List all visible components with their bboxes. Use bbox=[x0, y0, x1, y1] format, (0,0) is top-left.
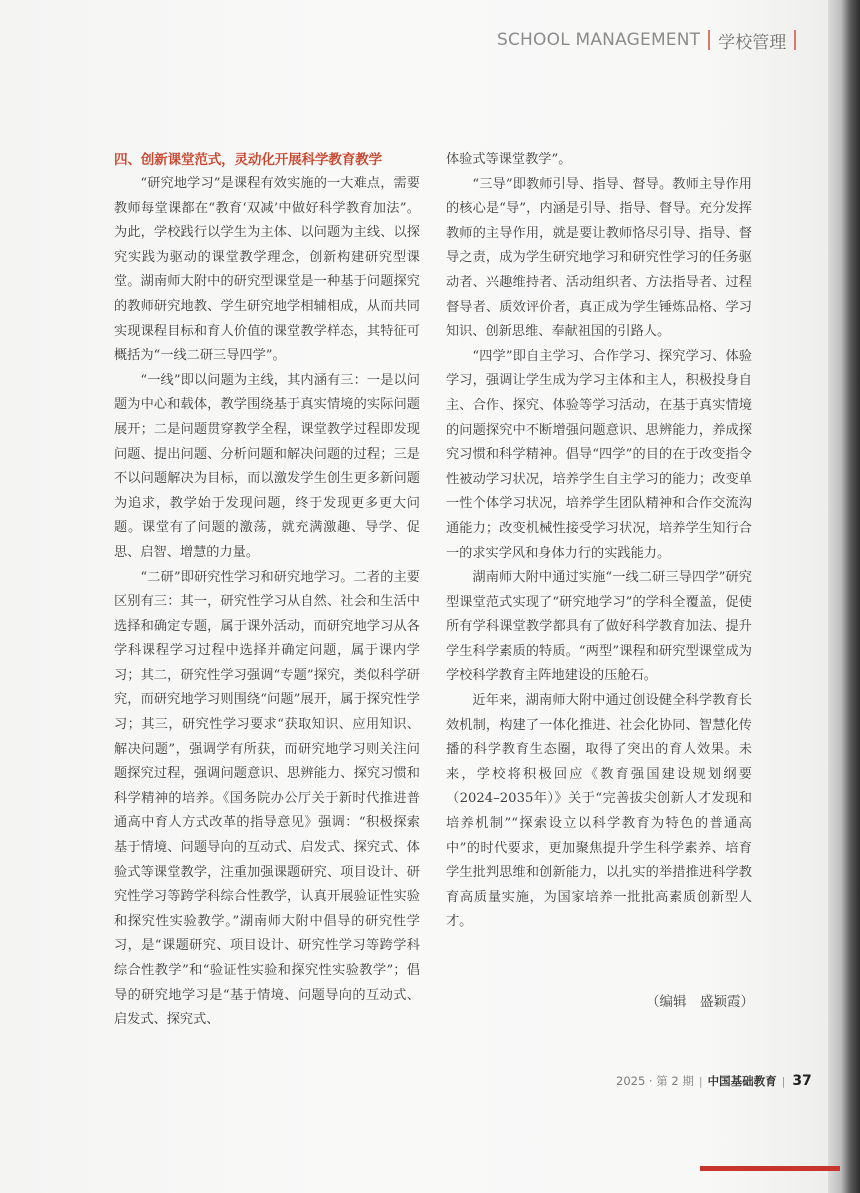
footer-divider: | bbox=[782, 1075, 786, 1088]
page-edge-red-stripe bbox=[700, 1166, 840, 1171]
section-heading: 四、创新课堂范式，灵动化开展科学教育教学 bbox=[114, 148, 420, 172]
paragraph: “四学”即自主学习、合作学习、探究学习、体验学习，强调让学生成为学习主体和主人，… bbox=[446, 345, 752, 566]
page-footer: 2025 · 第 2 期 | 中国基础教育 | 37 bbox=[616, 1073, 812, 1089]
running-header: SCHOOL MANAGEMENT 学校管理 bbox=[497, 26, 804, 54]
paragraph: “二研”即研究性学习和研究地学习。二者的主要区别有三：其一，研究性学习从自然、社… bbox=[114, 566, 420, 1033]
paragraph: 湖南师大附中通过实施“一线二研三导四学”研究型课堂范式实现了“研究地学习”的学科… bbox=[446, 566, 752, 689]
page-number: 37 bbox=[792, 1073, 811, 1089]
editor-credit: （编辑 盛颖霞） bbox=[646, 990, 754, 1010]
paragraph-continuation: 体验式等课堂教学”。 bbox=[446, 148, 752, 173]
section-name-english: SCHOOL MANAGEMENT bbox=[497, 30, 700, 50]
paragraph: “三导”即教师引导、指导、督导。教师主导作用的核心是“导”，内涵是引导、指导、督… bbox=[446, 173, 752, 345]
right-column: 体验式等课堂教学”。 “三导”即教师引导、指导、督导。教师主导作用的核心是“导”… bbox=[446, 148, 752, 935]
header-divider-bar bbox=[708, 30, 710, 50]
header-divider-bar bbox=[794, 30, 796, 50]
page-binding-edge bbox=[828, 0, 860, 1193]
issue-label: 2025 · 第 2 期 bbox=[616, 1073, 694, 1089]
magazine-page: SCHOOL MANAGEMENT 学校管理 四、创新课堂范式，灵动化开展科学教… bbox=[0, 0, 828, 1193]
footer-divider: | bbox=[699, 1075, 703, 1088]
paragraph: “研究地学习”是课程有效实施的一大难点，需要教师每堂课都在“教育‘双减’中做好科… bbox=[114, 172, 420, 369]
section-name-chinese: 学校管理 bbox=[718, 28, 786, 53]
paragraph: “一线”即以问题为主线，其内涵有三：一是以问题为中心和载体，教学围绕基于真实情境… bbox=[114, 369, 420, 566]
paragraph: 近年来，湖南师大附中通过创设健全科学教育长效机制，构建了一体化推进、社会化协同、… bbox=[446, 689, 752, 935]
magazine-name: 中国基础教育 bbox=[708, 1073, 777, 1089]
left-column: 四、创新课堂范式，灵动化开展科学教育教学 “研究地学习”是课程有效实施的一大难点… bbox=[114, 148, 420, 1033]
